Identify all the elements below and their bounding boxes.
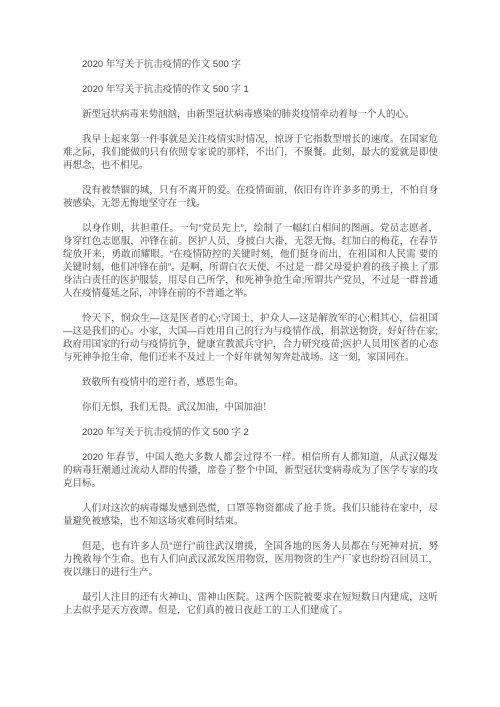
essay-1-paragraph-3: 没有被禁锢的城，只有不离开的爱。在疫情面前，依旧有许许多多的勇士，不怕自身被感染… — [63, 184, 438, 210]
essay-2-paragraph-2: 人们对这次的病毒爆发感到恐慌，口罩等物资都成了抢手货。我们只能待在家中，尽量避免… — [63, 502, 438, 528]
essay-1-subtitle: 2020 年写关于抗击疫情的作文 500 字 1 — [63, 83, 438, 96]
essay-1-paragraph-6: 致敬所有疫情中的逆行者，感恩生命。 — [63, 376, 438, 389]
essay-2-paragraph-4: 最引人注目的还有火神山、雷神山医院。这两个医院被要求在短短数日内建成，这听上去似… — [63, 591, 438, 617]
essay-1-paragraph-5: 怜天下，悯众生—这是医者的心;守国土，护众人—这是解放军的心;相其心，信祖国—这… — [63, 312, 438, 364]
essay-2-paragraph-1: 2020 年春节，中国人绝大多数人都会过得不一样。相信所有人都知道，从武汉爆发的… — [63, 451, 438, 490]
essay-1-paragraph-7: 你们无惧，我们无畏。武汉加油，中国加油！ — [63, 401, 438, 414]
document-page: { "page": { "background": "#ffffff", "te… — [0, 0, 500, 707]
document-title: 2020 年写关于抗击疫情的作文 500 字 — [63, 58, 438, 71]
essay-1-paragraph-1: 新型冠状病毒来势汹汹，由新型冠状病毒感染的肺炎疫情牵动着每一个人的心。 — [63, 108, 438, 121]
essay-2-subtitle: 2020 年写关于抗击疫情的作文 500 字 2 — [63, 426, 438, 439]
essay-document: 2020 年写关于抗击疫情的作文 500 字 2020 年写关于抗击疫情的作文 … — [0, 0, 500, 707]
essay-1-paragraph-4: 以身作则，共担重任。一句“党员先上”，绘制了一幅红白相间的图画。党员志愿者，身穿… — [63, 222, 438, 300]
essay-2-paragraph-3: 但是，也有许多人员“逆行”前往武汉增援，全国各地的医务人员都在与死神对抗，努力挽… — [63, 540, 438, 579]
essay-1-paragraph-2: 我早上起来第一件事就是关注疫情实时情况，惊讶于它指数型增长的速度。在国家危难之际… — [63, 133, 438, 172]
